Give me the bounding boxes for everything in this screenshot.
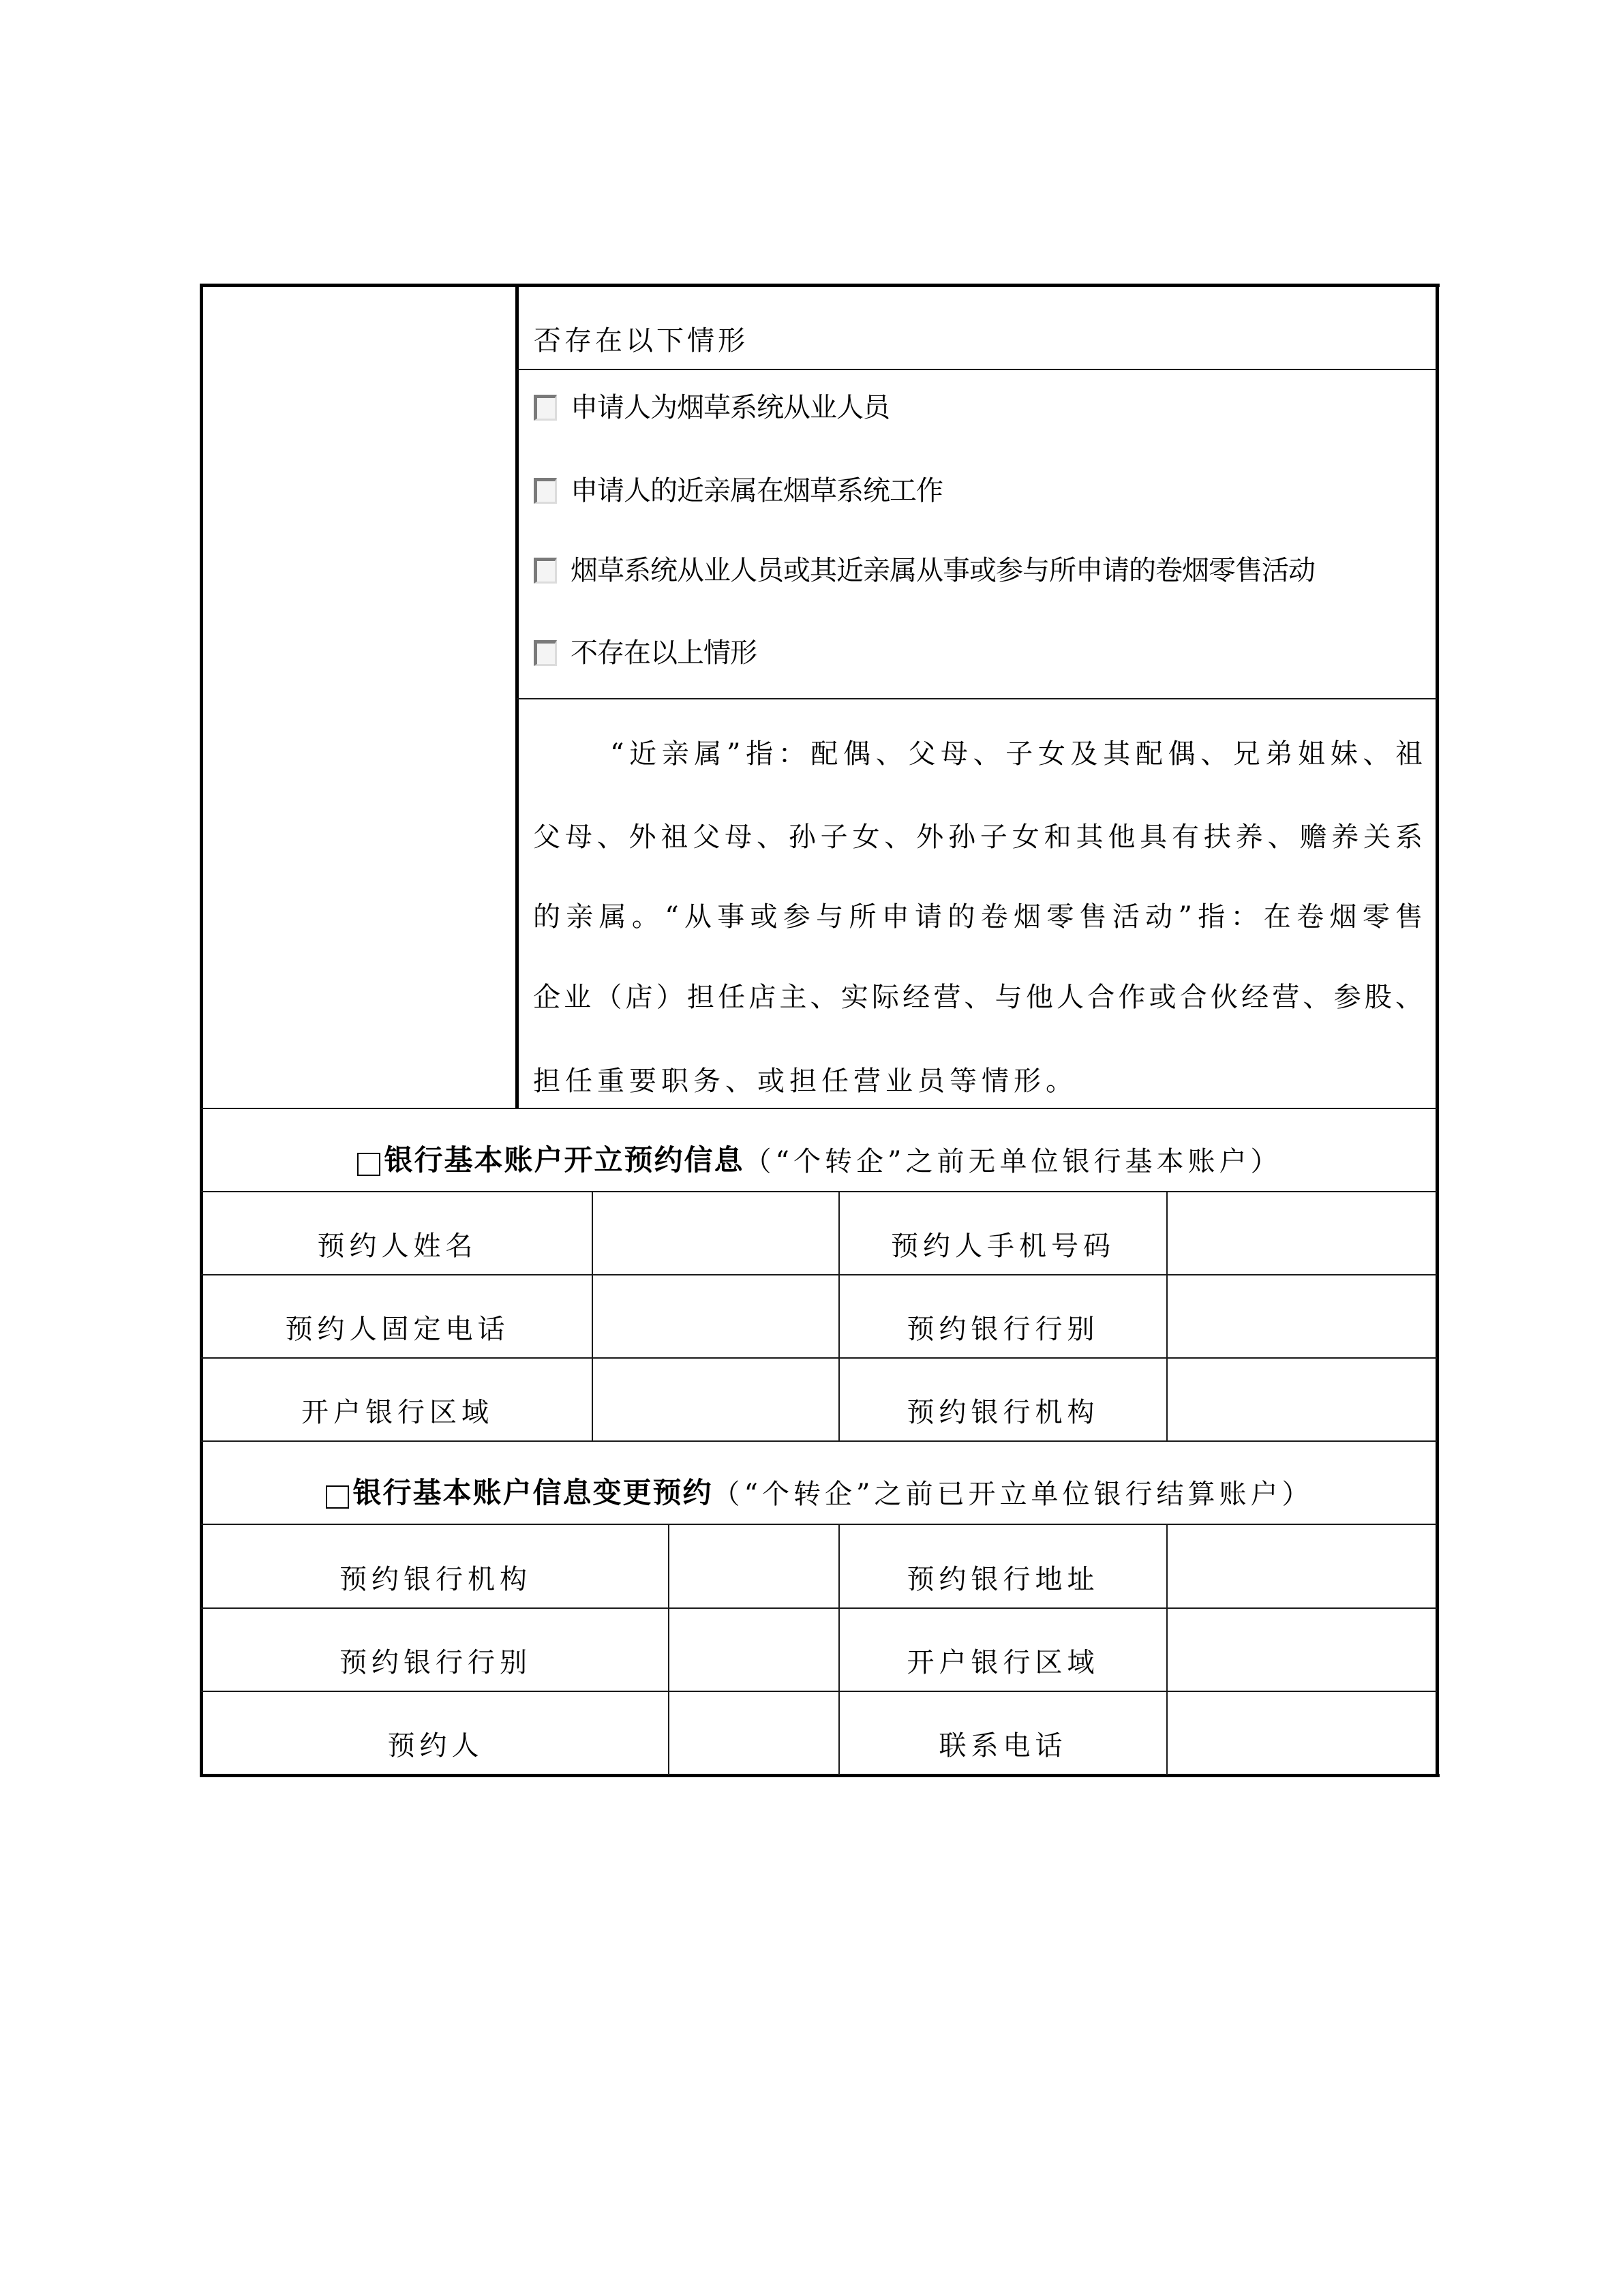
table-border-right — [1436, 284, 1439, 1777]
checkbox-icon[interactable] — [326, 1485, 349, 1509]
label-applicant: 预约人 — [203, 1692, 668, 1774]
eligibility-question: 否存在以下情形 — [534, 327, 748, 354]
input-bank-region[interactable] — [1168, 1609, 1436, 1691]
label-contact-phone: 联系电话 — [840, 1692, 1166, 1774]
options-row-divider — [517, 698, 1437, 699]
bank-account-opening-header[interactable]: 银行基本账户开立预约信息 （“个转企”之前无单位银行基本账户） — [203, 1110, 1436, 1191]
note-line: “近亲属”指：配偶、父母、子女及其配偶、兄弟姐妹、祖 — [610, 740, 1423, 768]
checkbox-icon[interactable] — [534, 478, 557, 504]
note-line: 担任重要职务、或担任营业员等情形。 — [533, 1068, 1078, 1095]
section-title-note: （“个转企”之前已开立单位银行结算账户） — [713, 1472, 1314, 1511]
option-label: 申请人的近亲属在烟草系统工作 — [571, 477, 943, 504]
input-bank-branch[interactable] — [1168, 1359, 1436, 1440]
label-bank-type: 预约银行行别 — [203, 1609, 668, 1691]
input-bank-type[interactable] — [1168, 1275, 1436, 1357]
option-none-of-above[interactable]: 不存在以上情形 — [534, 639, 757, 667]
option-label: 不存在以上情形 — [571, 639, 757, 667]
note-line: 企业（店）担任店主、实际经营、与他人合作或合伙经营、参股、 — [533, 984, 1423, 1011]
checkbox-icon[interactable] — [357, 1153, 380, 1176]
option-relative-in-tobacco[interactable]: 申请人的近亲属在烟草系统工作 — [534, 477, 943, 504]
checkbox-icon[interactable] — [534, 558, 557, 584]
note-line: 父母、外祖父母、孙子女、外孙子女和其他具有扶养、赡养关系 — [533, 824, 1423, 851]
eligibility-left-cell — [203, 287, 515, 1108]
input-applicant[interactable] — [669, 1692, 838, 1774]
section-title: 银行基本账户开立预约信息 — [384, 1138, 744, 1179]
section1-bottom-line — [201, 1108, 1437, 1109]
label-applicant-name: 预约人姓名 — [203, 1192, 592, 1274]
question-row-divider — [517, 369, 1437, 370]
option-label: 申请人为烟草系统从业人员 — [571, 394, 890, 421]
input-contact-phone[interactable] — [1168, 1692, 1436, 1774]
section1-divider — [515, 285, 519, 1108]
option-tobacco-employee[interactable]: 申请人为烟草系统从业人员 — [534, 394, 890, 421]
input-bank-branch[interactable] — [669, 1525, 838, 1607]
input-applicant-landline[interactable] — [593, 1275, 838, 1357]
label-applicant-mobile: 预约人手机号码 — [840, 1192, 1166, 1274]
label-bank-region: 开户银行区域 — [840, 1609, 1166, 1691]
option-label: 烟草系统从业人员或其近亲属从事或参与所申请的卷烟零售活动 — [571, 557, 1315, 584]
option-involved-in-retail[interactable]: 烟草系统从业人员或其近亲属从事或参与所申请的卷烟零售活动 — [534, 557, 1315, 584]
input-applicant-mobile[interactable] — [1168, 1192, 1436, 1274]
label-applicant-landline: 预约人固定电话 — [203, 1275, 592, 1357]
label-bank-region: 开户银行区域 — [203, 1359, 592, 1440]
label-bank-branch: 预约银行机构 — [840, 1359, 1166, 1440]
input-bank-region[interactable] — [593, 1359, 838, 1440]
label-bank-address: 预约银行地址 — [840, 1525, 1166, 1607]
input-applicant-name[interactable] — [593, 1192, 838, 1274]
section-title-note: （“个转企”之前无单位银行基本账户） — [744, 1140, 1282, 1179]
checkbox-icon[interactable] — [534, 395, 557, 421]
input-bank-type[interactable] — [669, 1609, 838, 1691]
input-bank-address[interactable] — [1168, 1525, 1436, 1607]
bank-account-change-header[interactable]: 银行基本账户信息变更预约 （“个转企”之前已开立单位银行结算账户） — [203, 1442, 1436, 1524]
note-line: 的亲属。“从事或参与所申请的卷烟零售活动”指：在卷烟零售 — [533, 903, 1423, 931]
table-border-bottom — [200, 1774, 1440, 1777]
section-title: 银行基本账户信息变更预约 — [353, 1470, 713, 1511]
label-bank-branch: 预约银行机构 — [203, 1525, 668, 1607]
label-bank-type: 预约银行行别 — [840, 1275, 1166, 1357]
checkbox-icon[interactable] — [534, 640, 557, 666]
